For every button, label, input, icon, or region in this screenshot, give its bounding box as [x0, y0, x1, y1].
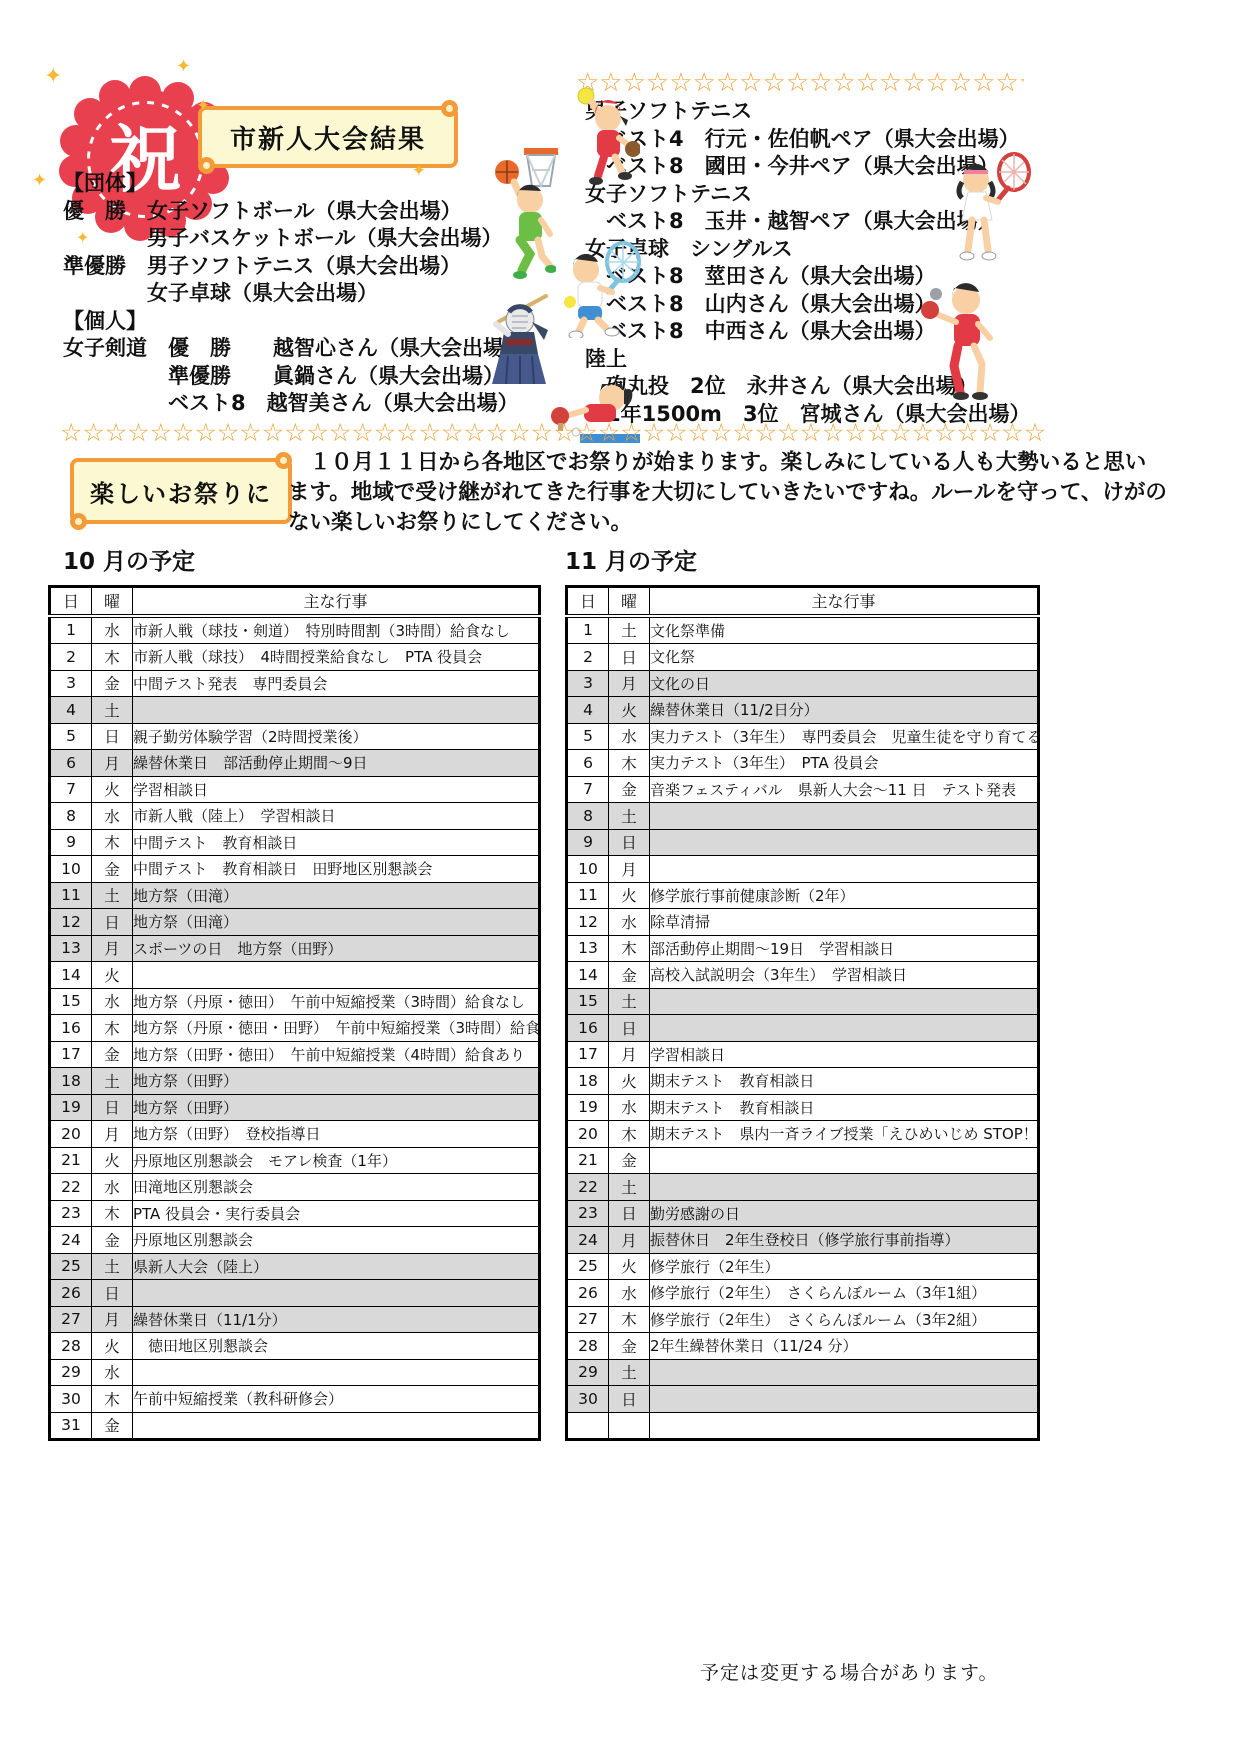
calendar-row: 27月繰替休業日（11/1分）	[50, 1306, 540, 1333]
text-line: 準優勝 男子ソフトテニス（県大会出場）	[63, 253, 525, 281]
november-calendar-table: 日 曜 主な行事 1土文化祭準備2日文化祭3月文化の日4火繰替休業日（11/2日…	[565, 585, 1040, 1441]
weekday-cell: 火	[609, 697, 650, 724]
weekday-cell: 水	[92, 1174, 133, 1201]
weekday-cell: 土	[609, 988, 650, 1015]
calendar-row: 5日親子勤労体験学習（2時間授業後）	[50, 723, 540, 750]
day-cell: 17	[567, 1041, 609, 1068]
calendar-row: 28火 徳田地区別懇談会	[50, 1333, 540, 1360]
calendar-row: 30日	[567, 1386, 1039, 1413]
calendar-row: 15土	[567, 988, 1039, 1015]
day-cell: 13	[567, 935, 609, 962]
day-cell: 15	[567, 988, 609, 1015]
day-cell: 1	[50, 616, 92, 644]
event-cell: 親子勤労体験学習（2時間授業後）	[133, 723, 540, 750]
sparkle-icon: ✦	[176, 58, 191, 76]
day-cell: 4	[567, 697, 609, 724]
events-column-header: 主な行事	[133, 587, 540, 616]
day-cell: 8	[567, 803, 609, 830]
day-cell: 25	[50, 1253, 92, 1280]
calendar-row: 24月振替休日 2年生登校日（修学旅行事前指導）	[567, 1227, 1039, 1254]
calendar-header-row: 日 曜 主な行事	[50, 587, 540, 616]
day-cell: 17	[50, 1041, 92, 1068]
event-cell	[650, 1015, 1039, 1042]
day-cell: 21	[50, 1147, 92, 1174]
day-cell: 12	[567, 909, 609, 936]
calendar-row: 23木PTA 役員会・実行委員会	[50, 1200, 540, 1227]
weekday-cell: 日	[609, 1386, 650, 1413]
weekday-cell: 金	[609, 962, 650, 989]
calendar-row: 31金	[50, 1412, 540, 1440]
text-line: 【団体】	[63, 170, 525, 198]
calendar-row: 13月スポーツの日 地方祭（田野）	[50, 935, 540, 962]
weekday-column-header: 曜	[609, 587, 650, 616]
weekday-cell: 土	[92, 697, 133, 724]
weekday-cell: 水	[609, 723, 650, 750]
weekday-cell: 日	[609, 1015, 650, 1042]
day-cell: 12	[50, 909, 92, 936]
day-cell: 2	[50, 644, 92, 671]
event-cell: 地方祭（田野） 登校指導日	[133, 1121, 540, 1148]
event-cell: 地方祭（田滝）	[133, 882, 540, 909]
festival-paragraph: １０月１１日から各地区でお祭りが始まります。楽しみにしている人も大勢いると思いま…	[288, 448, 1167, 538]
event-cell: 音楽フェスティバル 県新人大会～11 日 テスト発表	[650, 776, 1039, 803]
day-cell: 29	[567, 1359, 609, 1386]
event-cell: 修学旅行（2年生） さくらんぼルーム（3年1組）	[650, 1280, 1039, 1307]
event-cell: 期末テスト 教育相談日	[650, 1094, 1039, 1121]
calendar-row: 1土文化祭準備	[567, 616, 1039, 644]
weekday-cell: 金	[92, 670, 133, 697]
weekday-cell: 火	[609, 1068, 650, 1095]
day-cell: 1	[567, 616, 609, 644]
calendar-row: 22水田滝地区別懇談会	[50, 1174, 540, 1201]
event-cell	[133, 1412, 540, 1440]
weekday-cell: 月	[609, 670, 650, 697]
event-cell: 文化祭	[650, 644, 1039, 671]
calendar-row: 9木中間テスト 教育相談日	[50, 829, 540, 856]
event-cell: 振替休日 2年生登校日（修学旅行事前指導）	[650, 1227, 1039, 1254]
weekday-cell: 木	[92, 644, 133, 671]
day-column-header: 日	[50, 587, 92, 616]
festival-banner: 楽しいお祭りに	[70, 458, 292, 524]
calendar-row: 2木市新人戦（球技） 4時間授業給食なし PTA 役員会	[50, 644, 540, 671]
calendar-row: 10金中間テスト 教育相談日 田野地区別懇談会	[50, 856, 540, 883]
day-cell: 7	[567, 776, 609, 803]
day-cell: 5	[50, 723, 92, 750]
event-cell: PTA 役員会・実行委員会	[133, 1200, 540, 1227]
day-cell: 16	[50, 1015, 92, 1042]
day-cell: 30	[50, 1386, 92, 1413]
event-cell: 地方祭（丹原・徳田） 午前中短縮授業（3時間）給食なし	[133, 988, 540, 1015]
day-cell: 19	[567, 1094, 609, 1121]
day-cell: 5	[567, 723, 609, 750]
day-cell: 25	[567, 1253, 609, 1280]
day-cell: 11	[567, 882, 609, 909]
calendar-row: 1水市新人戦（球技・剣道） 特別時間割（3時間）給食なし	[50, 616, 540, 644]
event-cell: 地方祭（田野・徳田） 午前中短縮授業（4時間）給食あり	[133, 1041, 540, 1068]
day-cell: 9	[50, 829, 92, 856]
weekday-cell: 火	[92, 1333, 133, 1360]
sparkle-icon: ✦	[32, 172, 47, 190]
event-cell	[650, 988, 1039, 1015]
calendar-row: 6月繰替休業日 部活動停止期間～9日	[50, 750, 540, 777]
calendar-row: 8水市新人戦（陸上） 学習相談日	[50, 803, 540, 830]
calendar-row: 2日文化祭	[567, 644, 1039, 671]
softball-player-illustration	[570, 86, 640, 188]
tennis-boy-illustration	[556, 240, 644, 338]
event-cell: スポーツの日 地方祭（田野）	[133, 935, 540, 962]
weekday-cell: 土	[609, 803, 650, 830]
event-cell: 県新人大会（陸上）	[133, 1253, 540, 1280]
calendar-row: 17金地方祭（田野・徳田） 午前中短縮授業（4時間）給食あり	[50, 1041, 540, 1068]
title-banner: 市新人大会結果 ✦ ✦	[198, 106, 458, 168]
calendar-row: 27木修学旅行（2年生） さくらんぼルーム（3年2組）	[567, 1306, 1039, 1333]
event-cell	[650, 1174, 1039, 1201]
newsletter-page: 祝 ✦ ✦ ✦ ✦ 市新人大会結果 ✦ ✦ ☆☆☆☆☆☆☆☆☆☆☆☆☆☆☆☆☆☆…	[0, 0, 1241, 1755]
event-cell: 市新人戦（球技・剣道） 特別時間割（3時間）給食なし	[133, 616, 540, 644]
weekday-cell: 木	[609, 750, 650, 777]
event-cell: 2年生繰替休業日（11/24 分）	[650, 1333, 1039, 1360]
calendar-row: 16木地方祭（丹原・徳田・田野） 午前中短縮授業（3時間）給食なし	[50, 1015, 540, 1042]
calendar-row: 26水修学旅行（2年生） さくらんぼルーム（3年1組）	[567, 1280, 1039, 1307]
calendar-row: 11土地方祭（田滝）	[50, 882, 540, 909]
weekday-cell: 日	[92, 909, 133, 936]
sparkle-icon: ✦	[44, 66, 62, 88]
text-line: 女子剣道 優 勝 越智心さん（県大会出場）	[63, 335, 525, 363]
event-cell: 実力テスト（3年生） PTA 役員会	[650, 750, 1039, 777]
weekday-cell: 金	[609, 776, 650, 803]
day-cell: 7	[50, 776, 92, 803]
calendar-row: 17月学習相談日	[567, 1041, 1039, 1068]
event-cell: 地方祭（田野）	[133, 1068, 540, 1095]
calendar-row: 12水除草清掃	[567, 909, 1039, 936]
text-line: 女子卓球（県大会出場）	[63, 280, 525, 308]
events-column-header: 主な行事	[650, 587, 1039, 616]
event-cell: 中間テスト 教育相談日 田野地区別懇談会	[133, 856, 540, 883]
event-cell: 修学旅行（2年生）	[650, 1253, 1039, 1280]
event-cell: 市新人戦（球技） 4時間授業給食なし PTA 役員会	[133, 644, 540, 671]
weekday-cell: 日	[609, 644, 650, 671]
weekday-cell: 水	[609, 1280, 650, 1307]
event-cell: 地方祭（丹原・徳田・田野） 午前中短縮授業（3時間）給食なし	[133, 1015, 540, 1042]
event-cell: 文化の日	[650, 670, 1039, 697]
calendar-row: 14金高校入試説明会（3年生） 学習相談日	[567, 962, 1039, 989]
calendar-row: 20木期末テスト 県内一斉ライブ授業「えひめいじめ STOP！デイ plas	[567, 1121, 1039, 1148]
calendar-row: 24金丹原地区別懇談会	[50, 1227, 540, 1254]
calendar-row: 18土地方祭（田野）	[50, 1068, 540, 1095]
day-cell	[567, 1412, 609, 1440]
event-cell: 地方祭（田野）	[133, 1094, 540, 1121]
text-line: ます。地域で受け継がれてきた行事を大切にしていきたいですね。ルールを守って、けが…	[288, 478, 1167, 508]
day-cell: 18	[567, 1068, 609, 1095]
day-cell: 3	[50, 670, 92, 697]
calendar-row: 21火丹原地区別懇談会 モアレ検査（1年）	[50, 1147, 540, 1174]
weekday-cell: 金	[92, 1041, 133, 1068]
calendar-row: 21金	[567, 1147, 1039, 1174]
day-cell: 4	[50, 697, 92, 724]
event-cell: 地方祭（田滝）	[133, 909, 540, 936]
calendar-row: 6木実力テスト（3年生） PTA 役員会	[567, 750, 1039, 777]
event-cell: 中間テスト発表 専門委員会	[133, 670, 540, 697]
weekday-cell: 水	[92, 1359, 133, 1386]
day-column-header: 日	[567, 587, 609, 616]
october-calendar-table: 日 曜 主な行事 1水市新人戦（球技・剣道） 特別時間割（3時間）給食なし2木市…	[48, 585, 541, 1441]
day-cell: 23	[50, 1200, 92, 1227]
weekday-cell: 月	[92, 1306, 133, 1333]
weekday-cell: 月	[609, 1227, 650, 1254]
weekday-cell: 水	[609, 909, 650, 936]
weekday-cell	[609, 1412, 650, 1440]
weekday-cell: 木	[92, 1015, 133, 1042]
calendar-row: 20月地方祭（田野） 登校指導日	[50, 1121, 540, 1148]
event-cell	[133, 1280, 540, 1307]
event-cell	[650, 803, 1039, 830]
calendar-row: 10月	[567, 856, 1039, 883]
weekday-cell: 水	[609, 1094, 650, 1121]
day-cell: 29	[50, 1359, 92, 1386]
day-cell: 31	[50, 1412, 92, 1440]
calendar-row: 28金2年生繰替休業日（11/24 分）	[567, 1333, 1039, 1360]
footer-note: 予定は変更する場合があります。	[700, 1658, 998, 1685]
event-cell: 部活動停止期間～19日 学習相談日	[650, 935, 1039, 962]
calendar-row: 8土	[567, 803, 1039, 830]
event-cell	[650, 1359, 1039, 1386]
weekday-cell: 火	[92, 776, 133, 803]
event-cell	[650, 1386, 1039, 1413]
weekday-cell: 金	[92, 1412, 133, 1440]
day-cell: 10	[50, 856, 92, 883]
event-cell: 高校入試説明会（3年生） 学習相談日	[650, 962, 1039, 989]
weekday-cell: 月	[92, 1121, 133, 1148]
star-row-top: ☆☆☆☆☆☆☆☆☆☆☆☆☆☆☆☆☆☆☆☆☆☆☆☆	[576, 70, 1024, 96]
calendar-row: 7金音楽フェスティバル 県新人大会～11 日 テスト発表	[567, 776, 1039, 803]
day-cell: 15	[50, 988, 92, 1015]
kendo-player-illustration	[468, 292, 566, 392]
calendar-row: 9日	[567, 829, 1039, 856]
calendar-row: 14火	[50, 962, 540, 989]
calendar-row: 25火修学旅行（2年生）	[567, 1253, 1039, 1280]
event-cell: 期末テスト 県内一斉ライブ授業「えひめいじめ STOP！デイ plas	[650, 1121, 1039, 1148]
day-cell: 9	[567, 829, 609, 856]
calendar-row: 29土	[567, 1359, 1039, 1386]
text-line: １０月１１日から各地区でお祭りが始まります。楽しみにしている人も大勢いると思い	[288, 448, 1167, 478]
text-line: 男子ソフトテニス	[585, 98, 1031, 126]
event-cell: 午前中短縮授業（教科研修会）	[133, 1386, 540, 1413]
day-cell: 30	[567, 1386, 609, 1413]
day-cell: 16	[567, 1015, 609, 1042]
event-cell	[650, 1147, 1039, 1174]
weekday-cell: 木	[92, 1200, 133, 1227]
weekday-cell: 水	[92, 616, 133, 644]
calendar-row: 12日地方祭（田滝）	[50, 909, 540, 936]
calendar-row: 15水地方祭（丹原・徳田） 午前中短縮授業（3時間）給食なし	[50, 988, 540, 1015]
day-cell: 28	[567, 1333, 609, 1360]
day-cell: 26	[50, 1280, 92, 1307]
calendar-row: 16日	[567, 1015, 1039, 1042]
weekday-cell: 日	[92, 1280, 133, 1307]
weekday-cell: 火	[92, 1147, 133, 1174]
day-cell: 22	[50, 1174, 92, 1201]
november-section-title: 11 月の予定	[565, 543, 697, 576]
day-cell: 24	[567, 1227, 609, 1254]
event-cell: 除草清掃	[650, 909, 1039, 936]
basketball-player-illustration	[490, 158, 556, 286]
event-cell: 中間テスト 教育相談日	[133, 829, 540, 856]
weekday-cell: 金	[92, 1227, 133, 1254]
calendar-row: 5水実力テスト（3年生） 専門委員会 児童生徒を守り育てる日	[567, 723, 1039, 750]
calendar-row: 30木午前中短縮授業（教科研修会）	[50, 1386, 540, 1413]
event-cell: 学習相談日	[133, 776, 540, 803]
event-cell: 丹原地区別懇談会 モアレ検査（1年）	[133, 1147, 540, 1174]
weekday-cell: 火	[92, 962, 133, 989]
day-cell: 18	[50, 1068, 92, 1095]
weekday-cell: 水	[92, 988, 133, 1015]
calendar-row: 22土	[567, 1174, 1039, 1201]
october-section-title: 10 月の予定	[63, 543, 195, 576]
day-cell: 14	[50, 962, 92, 989]
day-cell: 2	[567, 644, 609, 671]
weekday-cell: 日	[609, 1200, 650, 1227]
sparkle-icon: ✦	[196, 98, 210, 115]
text-line: ベスト8 越智美さん（県大会出場）	[63, 390, 525, 418]
day-cell: 8	[50, 803, 92, 830]
event-cell: 徳田地区別懇談会	[133, 1333, 540, 1360]
weekday-cell: 月	[92, 750, 133, 777]
calendar-row: 3月文化の日	[567, 670, 1039, 697]
weekday-cell: 水	[92, 803, 133, 830]
calendar-row: 25土県新人大会（陸上）	[50, 1253, 540, 1280]
text-line: 準優勝 眞鍋さん（県大会出場）	[63, 363, 525, 391]
calendar-header-row: 日 曜 主な行事	[567, 587, 1039, 616]
calendar-row: 29水	[50, 1359, 540, 1386]
weekday-cell: 月	[609, 856, 650, 883]
weekday-cell: 木	[609, 1121, 650, 1148]
weekday-cell: 金	[92, 856, 133, 883]
event-cell: 繰替休業日（11/2日分）	[650, 697, 1039, 724]
star-divider: ☆☆☆☆☆☆☆☆☆☆☆☆☆☆☆☆☆☆☆☆☆☆☆☆☆☆☆☆☆☆☆☆☆☆☆☆☆☆☆☆…	[60, 420, 1185, 445]
day-cell: 24	[50, 1227, 92, 1254]
day-cell: 27	[567, 1306, 609, 1333]
event-cell: 文化祭準備	[650, 616, 1039, 644]
weekday-cell: 日	[92, 1094, 133, 1121]
day-cell: 13	[50, 935, 92, 962]
event-cell: 期末テスト 教育相談日	[650, 1068, 1039, 1095]
festival-banner-label: 楽しいお祭りに	[90, 474, 272, 509]
event-cell	[133, 1359, 540, 1386]
weekday-cell: 木	[92, 1386, 133, 1413]
table-tennis-boy-illustration	[918, 266, 1004, 404]
day-cell: 20	[567, 1121, 609, 1148]
event-cell: 学習相談日	[650, 1041, 1039, 1068]
text-line: 男子バスケットボール（県大会出場）	[63, 225, 525, 253]
weekday-cell: 日	[92, 723, 133, 750]
weekday-cell: 土	[609, 1174, 650, 1201]
weekday-cell: 土	[92, 1068, 133, 1095]
weekday-cell: 土	[92, 1253, 133, 1280]
day-cell: 23	[567, 1200, 609, 1227]
event-cell: 勤労感謝の日	[650, 1200, 1039, 1227]
day-cell: 26	[567, 1280, 609, 1307]
weekday-cell: 木	[92, 829, 133, 856]
calendar-row: 4土	[50, 697, 540, 724]
event-cell: 田滝地区別懇談会	[133, 1174, 540, 1201]
event-cell: 実力テスト（3年生） 専門委員会 児童生徒を守り育てる日	[650, 723, 1039, 750]
day-cell: 27	[50, 1306, 92, 1333]
day-cell: 6	[50, 750, 92, 777]
event-cell: 繰替休業日（11/1分）	[133, 1306, 540, 1333]
calendar-row: 26日	[50, 1280, 540, 1307]
weekday-cell: 木	[609, 935, 650, 962]
calendar-row: 19日地方祭（田野）	[50, 1094, 540, 1121]
calendar-row: 11火修学旅行事前健康診断（2年）	[567, 882, 1039, 909]
calendar-row: 7火学習相談日	[50, 776, 540, 803]
event-cell	[650, 1412, 1039, 1440]
weekday-cell: 木	[609, 1306, 650, 1333]
weekday-column-header: 曜	[92, 587, 133, 616]
day-cell: 3	[567, 670, 609, 697]
day-cell: 20	[50, 1121, 92, 1148]
weekday-cell: 火	[609, 882, 650, 909]
scroll-corner-decoration	[70, 513, 87, 530]
weekday-cell: 金	[609, 1333, 650, 1360]
calendar-row: 19水期末テスト 教育相談日	[567, 1094, 1039, 1121]
event-cell: 修学旅行事前健康診断（2年）	[650, 882, 1039, 909]
day-cell: 6	[567, 750, 609, 777]
team-individual-results: 【団体】優 勝 女子ソフトボール（県大会出場） 男子バスケットボール（県大会出場…	[63, 170, 525, 418]
day-cell: 22	[567, 1174, 609, 1201]
weekday-cell: 日	[609, 829, 650, 856]
event-cell: 修学旅行（2年生） さくらんぼルーム（3年2組）	[650, 1306, 1039, 1333]
calendar-row: 13木部活動停止期間～19日 学習相談日	[567, 935, 1039, 962]
calendar-row: 23日勤労感謝の日	[567, 1200, 1039, 1227]
tennis-girl-illustration	[942, 146, 1034, 264]
event-cell: 丹原地区別懇談会	[133, 1227, 540, 1254]
weekday-cell: 土	[609, 1359, 650, 1386]
day-cell: 11	[50, 882, 92, 909]
text-line: 優 勝 女子ソフトボール（県大会出場）	[63, 198, 525, 226]
text-line: ない楽しいお祭りにしてください。	[288, 508, 1167, 538]
weekday-cell: 金	[609, 1147, 650, 1174]
day-cell: 28	[50, 1333, 92, 1360]
event-cell	[133, 962, 540, 989]
event-cell	[650, 856, 1039, 883]
event-cell: 繰替休業日 部活動停止期間～9日	[133, 750, 540, 777]
day-cell: 10	[567, 856, 609, 883]
text-line: 【個人】	[63, 308, 525, 336]
weekday-cell: 土	[609, 616, 650, 644]
weekday-cell: 火	[609, 1253, 650, 1280]
calendar-row: 18火期末テスト 教育相談日	[567, 1068, 1039, 1095]
page-title: 市新人大会結果	[230, 119, 426, 156]
calendar-row	[567, 1412, 1039, 1440]
day-cell: 19	[50, 1094, 92, 1121]
weekday-cell: 月	[92, 935, 133, 962]
day-cell: 21	[567, 1147, 609, 1174]
scroll-corner-decoration	[441, 100, 458, 117]
weekday-cell: 土	[92, 882, 133, 909]
weekday-cell: 月	[609, 1041, 650, 1068]
event-cell	[133, 697, 540, 724]
calendar-row: 3金中間テスト発表 専門委員会	[50, 670, 540, 697]
event-cell: 市新人戦（陸上） 学習相談日	[133, 803, 540, 830]
day-cell: 14	[567, 962, 609, 989]
event-cell	[650, 829, 1039, 856]
calendar-row: 4火繰替休業日（11/2日分）	[567, 697, 1039, 724]
